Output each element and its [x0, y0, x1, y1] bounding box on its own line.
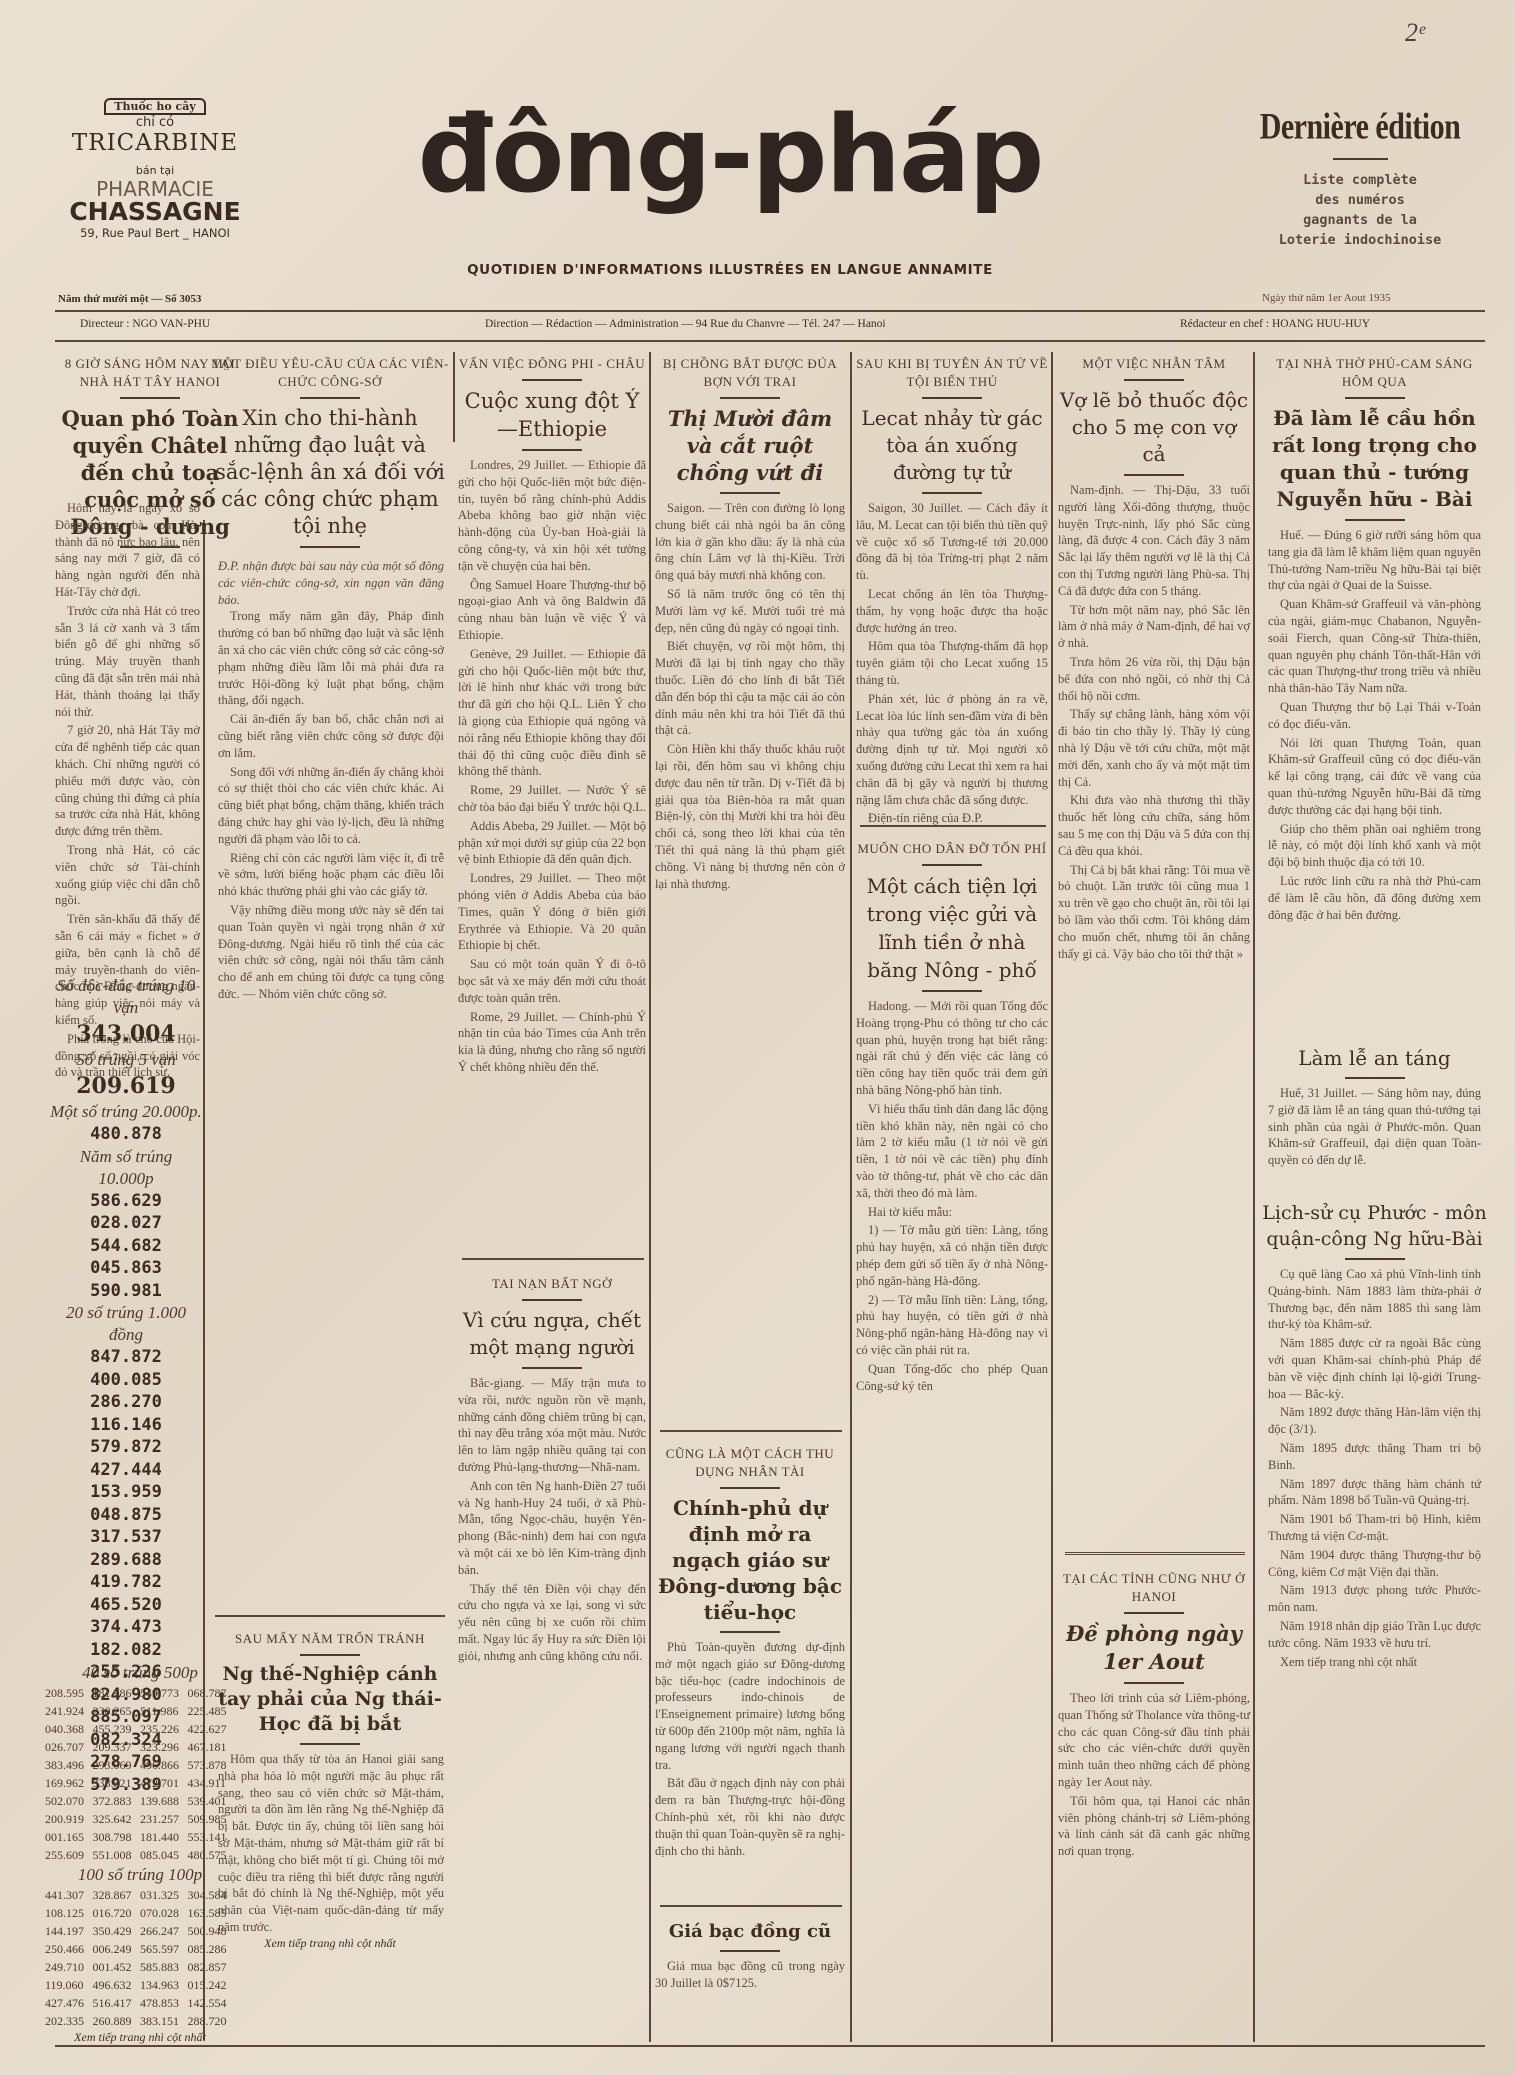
lottery-number: 202.335 [45, 2012, 93, 2030]
lottery-number: 400.085 [50, 1369, 202, 1392]
article-kicker: SAU MẤY NĂM TRỐN TRÁNH [210, 1630, 450, 1648]
paragraph: 2) — Tờ mẫu lĩnh tiền: Làng, tổng, phủ h… [856, 1292, 1048, 1359]
paragraph: Nam-định. — Thị-Dậu, 33 tuổi người làng … [1058, 482, 1250, 600]
article-body: Saigon. — Trên con đường lò lọng chung b… [655, 500, 845, 892]
lottery-second-label: Số trúng 5 vạn [50, 1049, 202, 1071]
ad-brand: TRICARBINE [55, 130, 255, 156]
lottery-number: 209.337 [93, 1738, 141, 1756]
article-headline: Đã làm lễ cầu hồn rất long trọng cho qua… [1262, 405, 1487, 513]
lottery-number: 317.537 [50, 1526, 202, 1549]
paragraph: Vì hiểu thấu tình dân đang lắc động tiền… [856, 1101, 1048, 1202]
lottery-number: 181.986 [93, 1684, 141, 1702]
article-teachers: CŨNG LÀ MỘT CÁCH THU DỤNG NHÂN TÀI Chính… [655, 1445, 845, 1861]
paragraph: Khi đưa vào nhà thương thì thầy thuốc hế… [1058, 792, 1250, 859]
lottery-second-number: 209.619 [50, 1071, 202, 1101]
article-kicker: TẠI CÁC TỈNH CŨNG NHƯ Ở HANOI [1058, 1570, 1250, 1606]
ad-pharmacy2: CHASSAGNE [55, 197, 255, 226]
article-kicker: BỊ CHỒNG BẮT ĐƯỢC ĐÚA BỢN VỚI TRAI [655, 355, 845, 391]
paragraph: Xem tiếp trang nhì cột nhất [1268, 1654, 1481, 1671]
paragraph: Londres, 29 Juillet. — Theo một phóng vi… [458, 870, 646, 954]
lottery-fifth-label: 20 số trúng 1.000 đồng [50, 1302, 202, 1346]
paragraph: Lúc rước linh cữu ra nhà thờ Phủ-cam để … [1268, 873, 1481, 923]
lottery-number: 293.069 [93, 1756, 141, 1774]
paragraph: Trước cửa nhà Hát có treo sẵn 3 lá cờ xa… [55, 603, 200, 721]
paragraph: Hôm nay là ngày xổ số Đông-dương, bà con… [55, 500, 200, 601]
edition-blurb-line: des numéros [1240, 190, 1480, 210]
lottery-number: 028.027 [50, 1212, 202, 1235]
paragraph: Nói lời quan Thượng Toản, quan Khâm-sứ G… [1268, 735, 1481, 819]
paragraph: Riêng chỉ còn các người làm việc ít, đi … [218, 850, 444, 900]
lottery-number: 208.595 [45, 1684, 93, 1702]
lottery-number: 200.919 [45, 1810, 93, 1828]
paragraph: Năm 1895 được thăng Tham tri bộ Binh. [1268, 1440, 1481, 1474]
lottery-number: 549.773 [140, 1684, 188, 1702]
lottery-number: 231.257 [140, 1810, 188, 1828]
lottery-number: 544.682 [50, 1235, 202, 1258]
lottery-number: 383.496 [45, 1756, 93, 1774]
paragraph: Bắt đầu ở ngạch định này con phải đem ra… [655, 1775, 845, 1859]
lottery-number: 181.440 [140, 1828, 188, 1846]
lottery-top-label: Số độc-đắc trúng 10 vạn [50, 975, 202, 1019]
lottery-number: 026.707 [45, 1738, 93, 1756]
article-silver-price: Giá bạc đồng cũ Giá mua bạc đồng cũ tron… [655, 1920, 845, 1992]
paragraph: Còn Hiền khi thấy thuốc khâu ruột lại rồ… [655, 741, 845, 892]
wavy-divider [1065, 1552, 1245, 1563]
article-headline: Giá bạc đồng cũ [655, 1920, 845, 1944]
paragraph: Quan Tổng-đốc cho phép Quan Công-sứ ký t… [856, 1361, 1048, 1395]
edition-date: Ngày thứ năm 1er Aout 1935 [1262, 292, 1390, 304]
paragraph: Thấy sự chẳng lành, hàng xóm vội đi báo … [1058, 706, 1250, 790]
paragraph: Năm 1901 bổ Tham-tri bộ Hình, kiêm Thươn… [1268, 1511, 1481, 1545]
article-kicker: MUỐN CHO DÂN ĐỠ TỐN PHÍ [856, 840, 1048, 858]
paragraph: Trong nhà Hát, có các viên chức sở Tài-c… [55, 842, 200, 909]
lottery-number: 040.368 [45, 1720, 93, 1738]
lottery-number: 288.720 [188, 2012, 236, 2030]
lottery-number: 249.710 [45, 1958, 93, 1976]
paragraph: Trưa hôm 26 vừa rồi, thị Dậu bận bế đứa … [1058, 654, 1250, 704]
article-kicker: TẠI NHÀ THỜ PHỦ-CAM SÁNG HÔM QUA [1262, 355, 1487, 391]
lottery-number: 070.028 [140, 1904, 188, 1922]
article-headline: Lecat nhảy từ gác tòa án xuống đường tự … [856, 405, 1048, 486]
lottery-number: 286.270 [50, 1391, 202, 1414]
paragraph: Saigon. — Trên con đường lò lọng chung b… [655, 500, 845, 584]
lottery-number: 478.853 [140, 1994, 188, 2012]
page-number-marker: 2ᵉ [1405, 18, 1425, 48]
paragraph: Ông Samuel Hoare Thượng-thư bộ ngoại-gia… [458, 577, 646, 644]
lottery-number: 108.125 [45, 1904, 93, 1922]
article-requiem: TẠI NHÀ THỜ PHỦ-CAM SÁNG HÔM QUA Đã làm … [1262, 355, 1487, 925]
lottery-number: 374.473 [50, 1616, 202, 1639]
article-kicker: MỘT VIỆC NHẪN TÂM [1058, 355, 1250, 373]
article-headline: Đề phòng ngày 1er Aout [1058, 1620, 1250, 1676]
lottery-number: 048.875 [50, 1504, 202, 1527]
paragraph: Giúp cho thêm phần oai nghiêm trong lễ n… [1268, 821, 1481, 871]
edition-blurb-line: Liste complète [1240, 170, 1480, 190]
paragraph: Vậy những điều mong ước này sẽ đến tai q… [218, 902, 444, 1003]
article-headline: Ng thế-Nghiệp cánh tay phải của Ng thái-… [210, 1662, 450, 1737]
lottery-number: 372.883 [93, 1792, 141, 1810]
lottery-number: 289.688 [50, 1549, 202, 1572]
paragraph: Theo lời trình của sở Liêm-phóng, quan T… [1058, 1690, 1250, 1791]
lottery-number: 325.642 [93, 1810, 141, 1828]
article-body: Saigon, 30 Juillet. — Cách đây ít lâu, M… [856, 500, 1048, 827]
paragraph: Bắc-giang. — Mấy trận mưa to vừa rồi, nư… [458, 1375, 646, 1476]
lottery-number: 001.452 [93, 1958, 141, 1976]
lottery-number: 006.249 [93, 1940, 141, 1958]
article-thi-muoi: BỊ CHỒNG BẮT ĐƯỢC ĐÚA BỢN VỚI TRAI Thị M… [655, 355, 845, 894]
lottery-number: 565.597 [140, 1940, 188, 1958]
article-headline: Xin cho thi-hành những đạo luật và sắc-l… [210, 405, 450, 540]
paragraph: Lecat chống án lên tòa Thượng-thẩm, hy v… [856, 586, 1048, 636]
article-august-first: TẠI CÁC TỈNH CŨNG NHƯ Ở HANOI Đề phòng n… [1058, 1570, 1250, 1862]
article-headline: Lịch-sử cụ Phước - môn quận-công Ng hữu-… [1262, 1200, 1487, 1252]
article-body: Phủ Toàn-quyền đương dự-định mở một ngạc… [655, 1639, 845, 1859]
article-bank-transfer: MUỐN CHO DÂN ĐỠ TỐN PHÍ Một cách tiện lợ… [856, 840, 1048, 1396]
issue-number: Năm thứ mười một — Số 3053 [58, 293, 201, 305]
paragraph: Phán xét, lúc ở phòng án ra về, Lecat lò… [856, 691, 1048, 809]
article-kicker: MỘT ĐIỀU YÊU-CẦU CỦA CÁC VIÊN-CHỨC CÔNG-… [210, 355, 450, 391]
lottery-number: 001.165 [45, 1828, 93, 1846]
paragraph: Năm 1918 nhân dịp giáo Trần Lục được tướ… [1268, 1618, 1481, 1652]
director-label: Directeur : NGO VAN-PHU [80, 318, 210, 330]
lottery-continued: Xem tiếp trang nhì cột nhất [45, 2030, 235, 2045]
lottery-number: 250.466 [45, 1940, 93, 1958]
article-body: Huế, 31 Juillet. — Sáng hôm nay, đúng 7 … [1262, 1085, 1487, 1169]
masthead-title: đông-pháp [290, 95, 1170, 215]
article-headline: Một cách tiện lợi trong việc gửi và lĩnh… [856, 872, 1048, 984]
lottery-number: 045.863 [50, 1257, 202, 1280]
paragraph: Năm 1892 được thăng Hàn-lâm viện thị độc… [1268, 1404, 1481, 1438]
paragraph: Năm 1885 được cử ra ngoài Bắc cùng với q… [1268, 1335, 1481, 1402]
ad-line2: chỉ có [55, 115, 255, 130]
article-headline: Chính-phủ dự định mở ra ngạch giáo sư Đô… [655, 1495, 845, 1625]
article-headline: Làm lễ an táng [1262, 1045, 1487, 1071]
paragraph: Sau có một toán quân Ý đi ô-tô bọc sắt v… [458, 956, 646, 1006]
paragraph: Số là năm trước ông có tên thị Mười làm … [655, 586, 845, 636]
paragraph: Anh con tên Ng hanh-Điền 27 tuổi và Ng h… [458, 1478, 646, 1579]
paragraph: Rome, 29 Juillet. — Chính-phủ Ý nhận tin… [458, 1009, 646, 1076]
edition-blurb: Liste complètedes numérosgagnants de laL… [1240, 170, 1480, 250]
lottery-number: 016.720 [93, 1904, 141, 1922]
lottery-number: 082.857 [188, 1958, 236, 1976]
article-headline: Vì cứu ngựa, chết một mạng người [458, 1307, 646, 1361]
lottery-number: 085.045 [140, 1846, 188, 1864]
article-body: Cụ quê làng Cao xá phủ Vĩnh-linh tỉnh Qu… [1262, 1266, 1487, 1670]
editor-label: Rédacteur en chef : HOANG HUU-HUY [1180, 318, 1370, 330]
masthead-subtitle: QUOTIDIEN D'INFORMATIONS ILLUSTRÉES EN L… [290, 262, 1170, 278]
article-biography: Lịch-sử cụ Phước - môn quận-công Ng hữu-… [1262, 1200, 1487, 1672]
article-kicker: TAI NẠN BẤT NGỜ [458, 1275, 646, 1293]
article-headline: Thị Mười đâm và cắt ruột chồng vứt đi [655, 405, 845, 486]
paragraph: Huế. — Đúng 6 giờ rưỡi sáng hôm qua tang… [1268, 527, 1481, 594]
lottery-fourth-label: Năm số trúng 10.000p [50, 1146, 202, 1190]
lottery-number: 516.417 [93, 1994, 141, 2012]
lottery-number: 847.872 [50, 1346, 202, 1369]
lottery-number: 511.986 [140, 1702, 188, 1720]
lottery-number: 551.008 [93, 1846, 141, 1864]
edition-blurb-line: Loterie indochinoise [1240, 230, 1480, 250]
lottery-fourth-numbers: 586.629028.027544.682045.863590.981 [50, 1190, 202, 1303]
lottery-number: 182.082 [50, 1639, 202, 1662]
lottery-number: 455.239 [93, 1720, 141, 1738]
article-body: Hadong. — Mới rồi quan Tổng đốc Hoàng tr… [856, 998, 1048, 1394]
paragraph: Từ hơn một năm nay, phó Sắc lên làm ở nh… [1058, 602, 1250, 652]
article-poisoning: MỘT VIỆC NHẪN TÂM Vợ lẽ bỏ thuốc độc cho… [1058, 355, 1250, 964]
pharmacy-ad: Thuốc ho cây chỉ có TRICARBINE bán tại P… [55, 95, 255, 240]
paragraph: Hai tờ kiểu mẫu: [856, 1204, 1048, 1221]
article-horse-rescue: TAI NẠN BẤT NGỜ Vì cứu ngựa, chết một mạ… [458, 1275, 646, 1667]
article-body: Huế. — Đúng 6 giờ rưỡi sáng hôm qua tang… [1262, 527, 1487, 923]
edition-box: Dernière édition Liste complètedes numér… [1240, 110, 1480, 250]
article-body: Bắc-giang. — Mấy trận mưa to vừa rồi, nư… [458, 1375, 646, 1665]
lottery-number: 134.963 [140, 1976, 188, 1994]
article-kicker: VẤN VIỆC ĐÔNG PHI - CHÂU [458, 355, 646, 373]
lottery-number: 144.197 [45, 1922, 93, 1940]
article-body: Giá mua bạc đồng cũ trong ngày 30 Juille… [655, 1958, 845, 1992]
lottery-number: 230.265 [93, 1702, 141, 1720]
lottery-number: 142.554 [188, 1994, 236, 2012]
lottery-number: 015.242 [188, 1976, 236, 1994]
article-body: Nam-định. — Thị-Dậu, 33 tuổi người làng … [1058, 482, 1250, 962]
article-italy-ethiopia: VẤN VIỆC ĐÔNG PHI - CHÂU Cuộc xung đột Ý… [458, 355, 646, 1078]
paragraph: Thấy thế tên Điền vội chạy đến cứu cho n… [458, 1581, 646, 1665]
lottery-number: 427.444 [50, 1459, 202, 1482]
paragraph: Trong mấy năm gần đây, Pháp đình thường … [218, 608, 444, 709]
paragraph: Phủ Toàn-quyền đương dự-định mở một ngạc… [655, 1639, 845, 1773]
lottery-number: 496.866 [140, 1756, 188, 1774]
article-intro: Đ.P. nhận được bài sau này của một số đô… [210, 554, 450, 608]
lottery-number: 153.959 [50, 1481, 202, 1504]
paragraph: Song đối với những ân-điển ấy chẳng khỏi… [218, 764, 444, 848]
lottery-seventh-label: 100 số trúng 100p [45, 1864, 235, 1886]
lottery-number: 323.296 [140, 1738, 188, 1756]
article-body: Trong mấy năm gần đây, Pháp đình thường … [210, 608, 450, 1002]
lottery-seventh-numbers: 441.307328.867031.325304.584108.125016.7… [45, 1886, 235, 2030]
ad-line3: bán tại [55, 164, 255, 177]
paragraph: Genève, 29 Juillet. — Ethiopie đã gửi ch… [458, 646, 646, 780]
office-info: Direction — Rédaction — Administration —… [485, 318, 886, 330]
article-kicker: SAU KHI BỊ TUYÊN ÁN TỬ VỀ TỘI BIỂN THỦ [856, 355, 1048, 391]
lottery-number: 383.151 [140, 2012, 188, 2030]
article-kicker: CŨNG LÀ MỘT CÁCH THU DỤNG NHÂN TÀI [655, 1445, 845, 1481]
lottery-sixth-numbers: 208.595181.986549.773068.787241.924230.2… [45, 1684, 235, 1864]
lottery-number: 116.146 [50, 1414, 202, 1437]
edition-title: Dernière édition [1240, 106, 1480, 149]
lottery-number: 255.609 [45, 1846, 93, 1864]
lottery-number: 266.247 [140, 1922, 188, 1940]
article-lecat: SAU KHI BỊ TUYÊN ÁN TỬ VỀ TỘI BIỂN THỦ L… [856, 355, 1048, 829]
article-headline: Vợ lẽ bỏ thuốc độc cho 5 mẹ con vợ cả [1058, 387, 1250, 468]
lottery-number: 139.688 [140, 1792, 188, 1810]
lottery-number: 169.962 [45, 1774, 93, 1792]
lottery-number: 496.632 [93, 1976, 141, 1994]
lottery-number: 579.872 [50, 1436, 202, 1459]
paragraph: Năm 1904 được thăng Thượng-thư bộ Công, … [1268, 1547, 1481, 1581]
lottery-number: 241.924 [45, 1702, 93, 1720]
paragraph: Năm 1897 được thăng hàm chánh tứ phẩm. N… [1268, 1476, 1481, 1510]
ad-address: 59, Rue Paul Bert _ HANOI [55, 226, 255, 240]
ad-line1: Thuốc ho cây [104, 98, 205, 115]
article-body: Theo lời trình của sở Liêm-phóng, quan T… [1058, 1690, 1250, 1860]
lottery-number: 328.867 [93, 1886, 141, 1904]
lottery-number: 338.521 [93, 1774, 141, 1792]
lottery-number: 590.981 [50, 1280, 202, 1303]
paragraph: 7 giờ 20, nhà Hát Tây mở cửa để nghênh t… [55, 722, 200, 840]
edition-blurb-line: gagnants de la [1240, 210, 1480, 230]
paragraph: Cụ quê làng Cao xá phủ Vĩnh-linh tỉnh Qu… [1268, 1266, 1481, 1333]
lottery-third-label: Một số trúng 20.000p. [50, 1101, 202, 1123]
lottery-top-number: 343.004 [50, 1019, 202, 1049]
lottery-number: 260.889 [93, 2012, 141, 2030]
lottery-number: 585.883 [140, 1958, 188, 1976]
article-burial: Làm lễ an táng Huế, 31 Juillet. — Sáng h… [1262, 1045, 1487, 1169]
lottery-number: 472.701 [140, 1774, 188, 1792]
lottery-number: 308.798 [93, 1828, 141, 1846]
paragraph: Saigon, 30 Juillet. — Cách đây ít lâu, M… [856, 500, 1048, 584]
lottery-number: 119.060 [45, 1976, 93, 1994]
article-continued: Xem tiếp trang nhì cột nhất [210, 1936, 450, 1951]
lottery-number: 350.429 [93, 1922, 141, 1940]
paragraph: Hadong. — Mới rồi quan Tổng đốc Hoàng tr… [856, 998, 1048, 1099]
article-civil-servants: MỘT ĐIỀU YÊU-CẦU CỦA CÁC VIÊN-CHỨC CÔNG-… [210, 355, 450, 1005]
lottery-sixth-label: 40 số trúng 500p [45, 1662, 235, 1684]
paragraph: Năm 1913 được phong tước Phước-môn nam. [1268, 1582, 1481, 1616]
paragraph: Tối hôm qua, tại Hanoi các nhân viên phò… [1058, 1793, 1250, 1860]
paragraph: Rome, 29 Juillet. — Nước Ý sẽ chờ tòa bá… [458, 782, 646, 816]
lottery-third-number: 480.878 [50, 1123, 202, 1146]
lottery-number: 427.476 [45, 1994, 93, 2012]
lottery-number: 465.520 [50, 1594, 202, 1617]
paragraph: Hôm qua tòa Thượng-thẩm đã họp tuyên giả… [856, 638, 1048, 688]
lottery-number: 502.070 [45, 1792, 93, 1810]
article-headline: Cuộc xung đột Ý—Ethiopie [458, 387, 646, 443]
article-body: Hôm qua thấy từ tòa án Hanoi giải sang n… [210, 1751, 450, 1936]
paragraph: Addis Abeba, 29 Juillet. — Một bộ phận x… [458, 818, 646, 868]
lottery-small-prizes: 40 số trúng 500p 208.595181.986549.77306… [45, 1662, 235, 2045]
paragraph: Biết chuyện, vợ rồi một hôm, thị Mười đã… [655, 638, 845, 739]
paragraph: Cái ân-điển ấy ban bố, chắc chắn nơi ai … [218, 711, 444, 761]
lottery-number: 031.325 [140, 1886, 188, 1904]
lottery-number: 235.226 [140, 1720, 188, 1738]
lottery-number: 441.307 [45, 1886, 93, 1904]
article-body: Londres, 29 Juillet. — Ethiopie đã gửi c… [458, 457, 646, 1076]
paragraph: Quan Thượng thư bộ Lại Thái v-Toản có đọ… [1268, 699, 1481, 733]
paragraph: Quan Khâm-sứ Graffeuil và văn-phòng của … [1268, 596, 1481, 697]
paragraph: 1) — Tờ mẫu gửi tiền: Làng, tổng phủ hay… [856, 1222, 1048, 1289]
lottery-number: 419.782 [50, 1571, 202, 1594]
paragraph: Thị Cả bị bắt khai rằng: Tôi mua về bỏ c… [1058, 862, 1250, 963]
lottery-number: 586.629 [50, 1190, 202, 1213]
paragraph: Londres, 29 Juillet. — Ethiopie đã gửi c… [458, 457, 646, 575]
article-ng-the-nghiep: SAU MẤY NĂM TRỐN TRÁNH Ng thế-Nghiệp cán… [210, 1630, 450, 1951]
